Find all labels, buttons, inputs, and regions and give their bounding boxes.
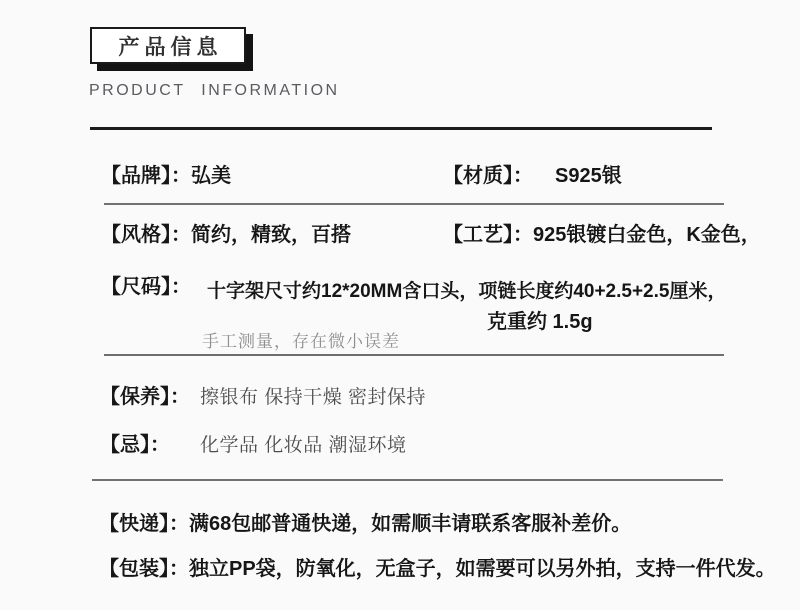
- care-value: 擦银布 保持干燥 密封保持: [200, 387, 426, 408]
- brand-row: 【品牌】：弘美: [101, 163, 231, 189]
- material-label: 【材质】：: [443, 165, 533, 187]
- craft-row: 【工艺】：925银镀白金色，K金色，: [443, 222, 761, 248]
- express-row: 【快递】：满68包邮普通快递，如需顺丰请联系客服补差价。: [99, 511, 631, 537]
- brand-value: 弘美: [191, 165, 231, 187]
- brand-label: 【品牌】：: [101, 165, 191, 187]
- material-row: 【材质】：S925银: [443, 163, 622, 189]
- divider-size-care: [104, 354, 724, 356]
- page-title-en: PRODUCT INFORMATION: [89, 82, 340, 100]
- size-value-line2: 克重约 1.5g: [487, 305, 593, 334]
- craft-label: 【工艺】：: [443, 224, 533, 246]
- size-value-line1: 十字架尺寸约12*20MM含口头，项链长度约40+2.5+2.5厘米，: [207, 276, 726, 303]
- style-label: 【风格】：: [101, 224, 191, 246]
- product-info-title-box: 产品信息: [90, 27, 246, 64]
- style-value: 简约，精致，百搭: [191, 224, 351, 246]
- express-label: 【快递】：: [99, 513, 189, 535]
- product-info-page: 产品信息 PRODUCT INFORMATION 【品牌】：弘美 【材质】：S9…: [0, 0, 800, 610]
- packaging-label: 【包装】：: [99, 558, 189, 580]
- divider-care-shipping: [92, 479, 723, 481]
- material-value: S925银: [555, 165, 622, 187]
- size-measure-note: 手工测量，存在微小误差: [202, 327, 400, 352]
- divider-top-thick: [90, 127, 712, 130]
- size-label: 【尺码】：: [101, 276, 191, 298]
- packaging-value: 独立PP袋，防氧化，无盒子，如需要可以另外拍，支持一件代发。: [189, 558, 776, 580]
- avoid-row: 【忌】：化学品 化妆品 潮湿环境: [100, 432, 407, 459]
- avoid-label: 【忌】：: [100, 434, 170, 456]
- express-value: 满68包邮普通快递，如需顺丰请联系客服补差价。: [189, 513, 631, 535]
- divider-row1: [104, 203, 724, 205]
- size-row: 【尺码】：: [101, 274, 191, 300]
- craft-value: 925银镀白金色，K金色，: [533, 224, 761, 246]
- page-title-cn: 产品信息: [114, 31, 223, 61]
- avoid-value: 化学品 化妆品 潮湿环境: [200, 435, 407, 456]
- style-row: 【风格】：简约，精致，百搭: [101, 222, 351, 248]
- care-label: 【保养】：: [100, 386, 190, 408]
- packaging-row: 【包装】：独立PP袋，防氧化，无盒子，如需要可以另外拍，支持一件代发。: [99, 556, 776, 582]
- care-row: 【保养】：擦银布 保持干燥 密封保持: [100, 384, 426, 411]
